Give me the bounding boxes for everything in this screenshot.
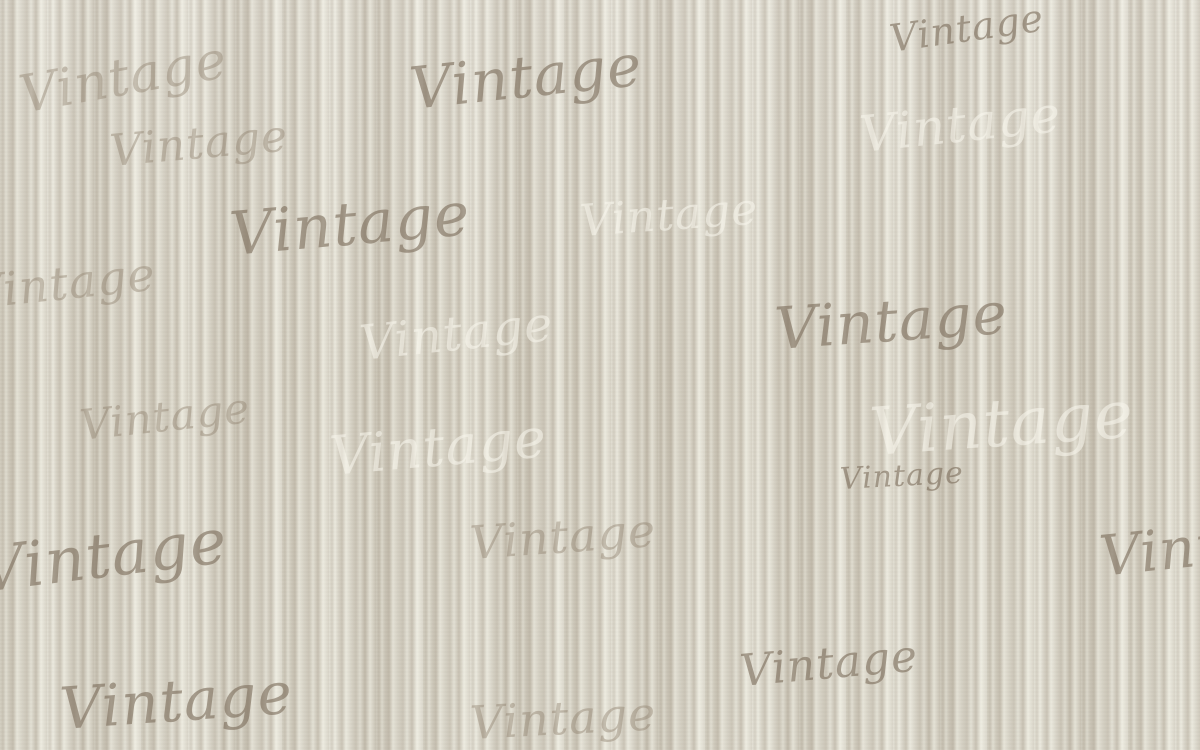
script-word: Vintage [468,507,657,566]
script-word: Vintage [0,510,231,602]
script-word: Vintage [857,89,1063,160]
script-word: Vintage [58,664,295,738]
script-word: Vintage [578,188,759,244]
script-word: Vintage [15,34,231,122]
script-word: Vintage [357,300,555,368]
script-word: Vintage [1097,507,1200,586]
script-word: Vintage [328,411,549,484]
script-word: Vintage [78,387,252,447]
script-word: Vintage [469,690,657,746]
script-word: Vintage [227,184,472,265]
script-word: Vintage [738,635,920,694]
script-word: Vintage [0,251,158,316]
script-word: Vintage [887,0,1046,58]
script-word: Vintage [773,284,1010,358]
script-word: Vintage [108,115,290,174]
vintage-texture-background: Vintage Vintage Vintage Vintage Vintage … [0,0,1200,750]
script-word: Vintage [407,36,645,118]
script-word: Vintage [868,382,1136,466]
